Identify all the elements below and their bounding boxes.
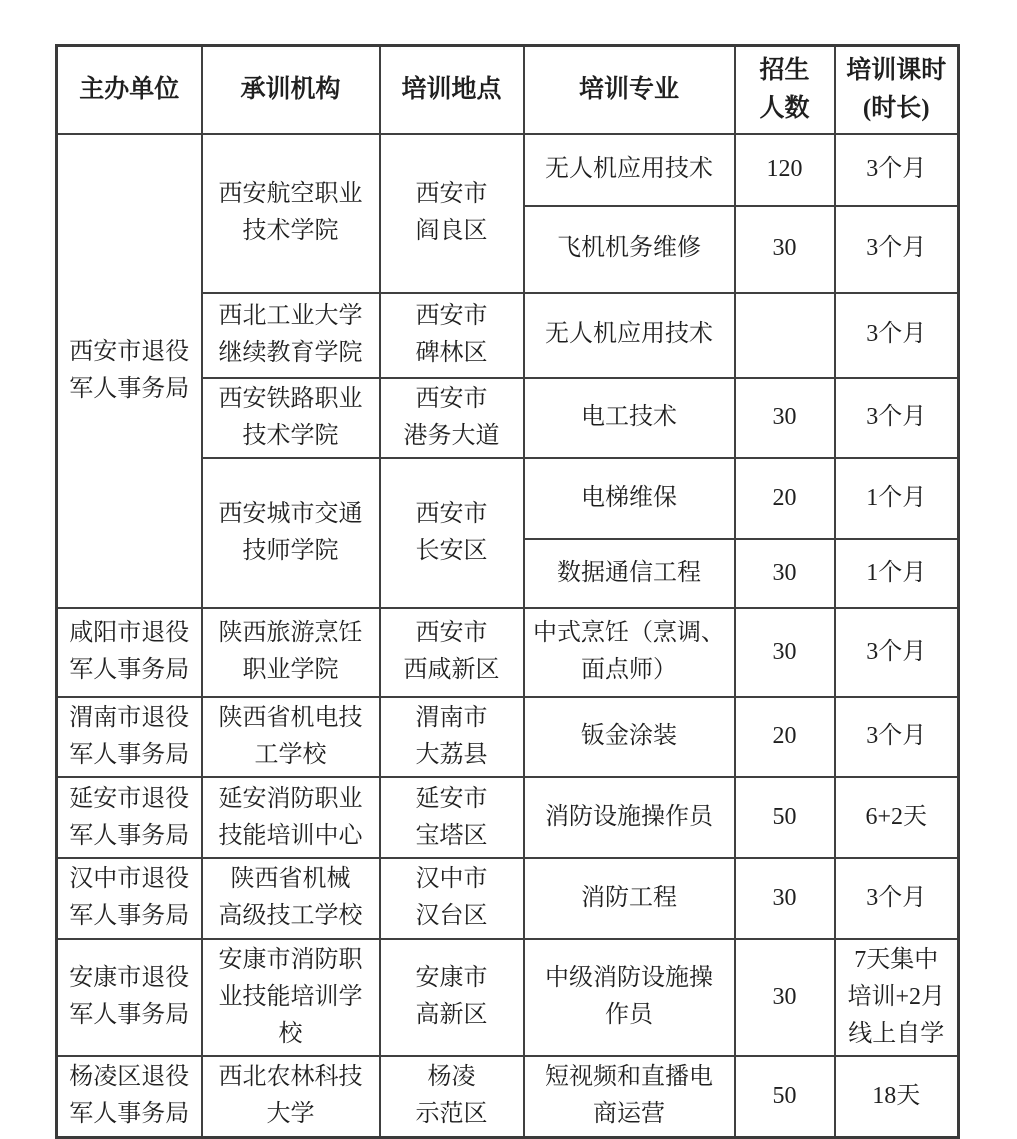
cell-org: 咸阳市退役 军人事务局 [57,608,202,697]
table-row: 西安市退役 军人事务局 西安航空职业 技术学院 西安市 阎良区 无人机应用技术 … [57,134,959,206]
cell-major: 飞机机务维修 [524,206,735,293]
page: { "page": { "background": "#ffffff", "te… [0,0,1017,1115]
cell-org: 杨凌区退役 军人事务局 [57,1056,202,1137]
cell-org: 延安市退役 军人事务局 [57,777,202,858]
cell-duration: 3个月 [835,206,959,293]
cell-count [735,293,835,378]
table-row: 渭南市退役 军人事务局 陕西省机电技 工学校 渭南市 大荔县 钣金涂装 20 3… [57,697,959,777]
cell-institution: 陕西旅游烹饪 职业学院 [202,608,380,697]
header-major: 培训专业 [524,46,735,134]
cell-duration: 3个月 [835,697,959,777]
cell-count: 30 [735,608,835,697]
cell-institution: 安康市消防职 业技能培训学 校 [202,939,380,1057]
cell-duration: 3个月 [835,134,959,206]
cell-major: 消防设施操作员 [524,777,735,858]
cell-location: 西安市 港务大道 [380,378,524,458]
cell-location: 西安市 阎良区 [380,134,524,293]
cell-major: 中式烹饪（烹调、 面点师） [524,608,735,697]
cell-count: 50 [735,1056,835,1137]
cell-count: 30 [735,858,835,938]
cell-location: 延安市 宝塔区 [380,777,524,858]
cell-duration: 1个月 [835,539,959,608]
cell-major: 消防工程 [524,858,735,938]
table-row: 延安市退役 军人事务局 延安消防职业 技能培训中心 延安市 宝塔区 消防设施操作… [57,777,959,858]
training-table-container: 主办单位 承训机构 培训地点 培训专业 招生 人数 培训课时 (时长) 西安市退… [55,44,960,1139]
cell-count: 50 [735,777,835,858]
cell-duration: 3个月 [835,293,959,378]
table-row: 安康市退役 军人事务局 安康市消防职 业技能培训学 校 安康市 高新区 中级消防… [57,939,959,1057]
cell-institution: 西安航空职业 技术学院 [202,134,380,293]
cell-count: 30 [735,939,835,1057]
cell-location: 西安市 碑林区 [380,293,524,378]
cell-count: 30 [735,378,835,458]
cell-duration: 3个月 [835,858,959,938]
header-row: 主办单位 承训机构 培训地点 培训专业 招生 人数 培训课时 (时长) [57,46,959,134]
cell-location: 杨凌 示范区 [380,1056,524,1137]
cell-location: 汉中市 汉台区 [380,858,524,938]
cell-major: 数据通信工程 [524,539,735,608]
cell-major: 电工技术 [524,378,735,458]
cell-major: 钣金涂装 [524,697,735,777]
cell-count: 120 [735,134,835,206]
cell-org: 西安市退役 军人事务局 [57,134,202,608]
cell-count: 20 [735,458,835,539]
cell-duration: 1个月 [835,458,959,539]
cell-major: 无人机应用技术 [524,134,735,206]
cell-major: 中级消防设施操 作员 [524,939,735,1057]
cell-institution: 西安城市交通 技师学院 [202,458,380,608]
cell-duration: 6+2天 [835,777,959,858]
veteran-training-table: 主办单位 承训机构 培训地点 培训专业 招生 人数 培训课时 (时长) 西安市退… [55,44,960,1139]
cell-duration: 3个月 [835,378,959,458]
table-row: 咸阳市退役 军人事务局 陕西旅游烹饪 职业学院 西安市 西咸新区 中式烹饪（烹调… [57,608,959,697]
cell-major: 电梯维保 [524,458,735,539]
header-count: 招生 人数 [735,46,835,134]
header-location: 培训地点 [380,46,524,134]
cell-institution: 陕西省机电技 工学校 [202,697,380,777]
cell-org: 汉中市退役 军人事务局 [57,858,202,938]
cell-institution: 西北农林科技 大学 [202,1056,380,1137]
cell-count: 30 [735,539,835,608]
cell-location: 安康市 高新区 [380,939,524,1057]
cell-location: 渭南市 大荔县 [380,697,524,777]
cell-major: 无人机应用技术 [524,293,735,378]
cell-institution: 陕西省机械 高级技工学校 [202,858,380,938]
table-row: 杨凌区退役 军人事务局 西北农林科技 大学 杨凌 示范区 短视频和直播电 商运营… [57,1056,959,1137]
cell-org: 渭南市退役 军人事务局 [57,697,202,777]
cell-location: 西安市 长安区 [380,458,524,608]
cell-location: 西安市 西咸新区 [380,608,524,697]
cell-major: 短视频和直播电 商运营 [524,1056,735,1137]
cell-count: 30 [735,206,835,293]
header-duration: 培训课时 (时长) [835,46,959,134]
cell-institution: 西北工业大学 继续教育学院 [202,293,380,378]
cell-duration: 3个月 [835,608,959,697]
header-org: 主办单位 [57,46,202,134]
cell-org: 安康市退役 军人事务局 [57,939,202,1057]
table-row: 汉中市退役 军人事务局 陕西省机械 高级技工学校 汉中市 汉台区 消防工程 30… [57,858,959,938]
cell-institution: 延安消防职业 技能培训中心 [202,777,380,858]
cell-institution: 西安铁路职业 技术学院 [202,378,380,458]
cell-duration: 7天集中 培训+2月 线上自学 [835,939,959,1057]
header-institution: 承训机构 [202,46,380,134]
cell-count: 20 [735,697,835,777]
cell-duration: 18天 [835,1056,959,1137]
